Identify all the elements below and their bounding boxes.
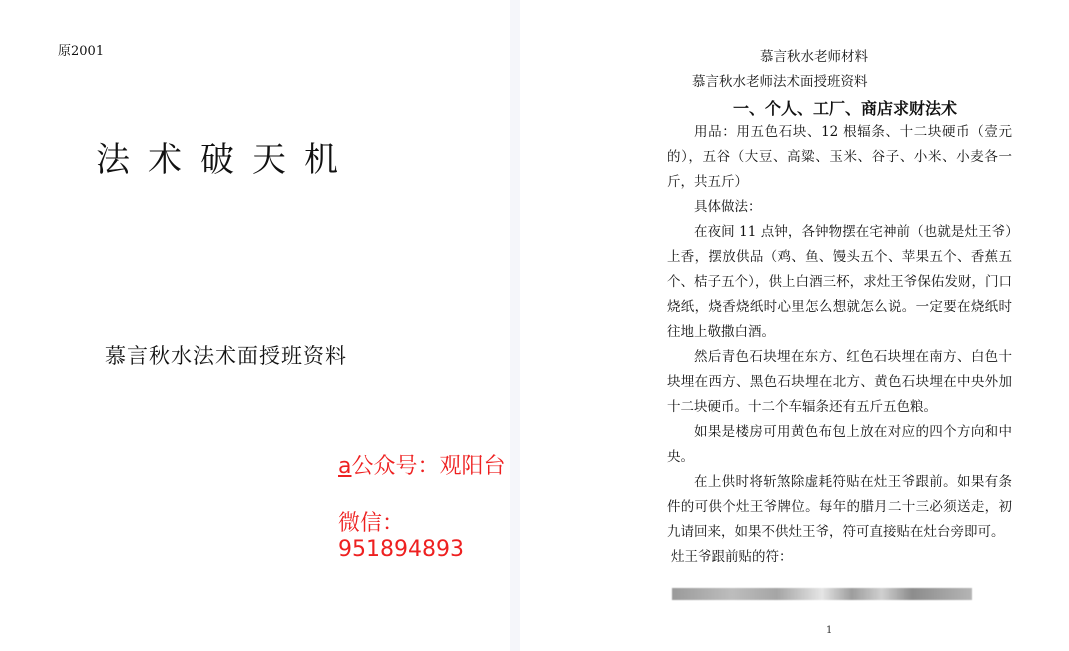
page-number: 1 (826, 625, 832, 636)
page-gutter (510, 0, 520, 651)
watermark-account-text: 公众号：观阳台 (351, 454, 505, 479)
paragraph-building: 如果是楼房可用黄色布包上放在对应的四个方向和中央。 (667, 420, 1012, 470)
paragraph-talisman-label: 灶王爷跟前贴的符： (667, 545, 1012, 570)
page-header: 慕言秋水老师材料 (760, 45, 868, 70)
document-subtitle: 慕言秋水法术面授班资料 (105, 340, 347, 370)
left-page: 原2001 法术破天机 慕言秋水法术面授班资料 a公众号：观阳台 微信：9518… (0, 0, 510, 651)
paragraph-method: 在夜间 11 点钟，各钟物摆在宅神前（也就是灶王爷）上香，摆放供品（鸡、鱼、馒头… (667, 220, 1012, 345)
paragraph-talisman: 在上供时将斩煞除虚耗符贴在灶王爷跟前。如果有条件的可供个灶王爷牌位。每年的腊月二… (667, 470, 1012, 545)
document-code: 原2001 (58, 40, 104, 59)
page-subheader: 慕言秋水老师法术面授班资料 (692, 70, 868, 95)
paragraph-method-label: 具体做法： (667, 195, 1012, 220)
watermark-wechat: 微信：951894893 (338, 506, 510, 562)
body-text: 用品：用五色石块、12 根辐条、十二块硬币（壹元的），五谷（大豆、高粱、玉米、谷… (667, 120, 1012, 570)
blurred-footer (672, 588, 972, 600)
section-title: 一、个人、工厂、商店求财法术 (733, 96, 957, 121)
paragraph-stones: 然后青色石块埋在东方、红色石块埋在南方、白色十块埋在西方、黑色石块埋在北方、黄色… (667, 345, 1012, 420)
watermark-prefix: a (338, 454, 351, 479)
document-title: 法术破天机 (96, 132, 356, 181)
watermark-account: a公众号：观阳台 (338, 449, 506, 480)
paragraph-materials: 用品：用五色石块、12 根辐条、十二块硬币（壹元的），五谷（大豆、高粱、玉米、谷… (667, 120, 1012, 195)
right-page: 慕言秋水老师材料 慕言秋水老师法术面授班资料 一、个人、工厂、商店求财法术 用品… (520, 0, 1069, 651)
